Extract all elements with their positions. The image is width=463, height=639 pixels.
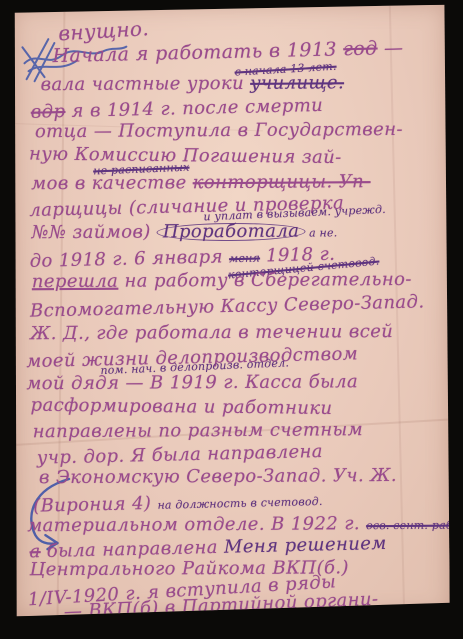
handwritten-text: материальном отделе. В 1922 г. bbox=[27, 513, 366, 536]
handwritten-text: №№ займов) bbox=[31, 221, 156, 243]
handwritten-text: вала частные уроки bbox=[41, 73, 251, 95]
handwritten-line: №№ займов) Проработала а не. bbox=[31, 220, 337, 243]
handwritten-text: мов в качестве bbox=[31, 172, 193, 194]
scanned-document-photo: внущно. Начала я работать в 1913 год — с… bbox=[0, 0, 463, 639]
struck-text: конторщицы. Уп- bbox=[193, 171, 371, 193]
handwritten-line: вала частные уроки училище. bbox=[41, 72, 345, 95]
handwritten-text: отца — Поступила в Государствен- bbox=[35, 119, 403, 142]
handwritten-text: расформирована и работники bbox=[30, 395, 332, 419]
handwritten-line: мой дядя — В 1919 г. Касса была bbox=[26, 371, 358, 394]
inserted-correction: осв. сент. раб. bbox=[366, 519, 456, 533]
handwritten-line: в Экономскую Северо-Запад. Уч. Ж. bbox=[39, 465, 397, 488]
struck-text: вдр bbox=[31, 101, 66, 123]
handwritten-line: перешла на работу в Сберегательно- bbox=[32, 269, 412, 292]
handwritten-line: вдр я в 1914 г. после смерти bbox=[31, 95, 324, 123]
handwritten-text: на работу в Сберегательно- bbox=[118, 269, 412, 292]
handwritten-text: до 1918 г. 6 января bbox=[29, 246, 229, 272]
handwritten-text: внущно. bbox=[58, 16, 150, 45]
handwritten-line: материальном отделе. В 1922 г. осв. сент… bbox=[27, 513, 456, 537]
handwritten-text: Вспомогательную Кассу Северо-Запад. bbox=[30, 291, 425, 321]
handwritten-text: мой дядя — В 1919 г. Касса была bbox=[26, 371, 358, 394]
handwritten-line: расформирована и работники bbox=[30, 395, 332, 419]
handwritten-text: направлены по разным счетным bbox=[33, 419, 363, 442]
manuscript-paper-sheet: внущно. Начала я работать в 1913 год — с… bbox=[12, 5, 450, 617]
inserted-correction: на должность в счетовод. bbox=[157, 495, 322, 512]
handwritten-line: Вспомогательную Кассу Северо-Запад. bbox=[30, 291, 425, 321]
handwritten-line: направлены по разным счетным bbox=[33, 419, 363, 442]
handwritten-line: внущно. bbox=[58, 16, 150, 45]
struck-text: училище. bbox=[250, 72, 344, 94]
handwritten-line: учр. дор. Я была направлена bbox=[37, 441, 323, 469]
handwritten-text: (Вирония 4) bbox=[33, 493, 158, 517]
handwritten-line: мов в качестве конторщицы. Уп- bbox=[31, 171, 370, 194]
struck-text: меня bbox=[229, 251, 260, 265]
inserted-correction: а не. bbox=[305, 226, 337, 239]
handwritten-text: — bbox=[377, 37, 403, 60]
underlined-text: перешла bbox=[32, 271, 119, 293]
handwritten-line: Ж. Д., где работала в течении всей bbox=[30, 321, 393, 344]
handwritten-text: учр. дор. Я была направлена bbox=[37, 441, 323, 469]
struck-text: год bbox=[343, 37, 378, 60]
handwritten-text: я в 1914 г. после смерти bbox=[65, 95, 323, 122]
inserted-correction: Меня решением bbox=[224, 533, 387, 558]
circled-correction: Проработала bbox=[157, 223, 306, 242]
handwritten-line: отца — Поступила в Государствен- bbox=[35, 119, 403, 142]
handwritten-text: в Экономскую Северо-Запад. Уч. Ж. bbox=[39, 465, 397, 488]
handwritten-text: Ж. Д., где работала в течении всей bbox=[30, 321, 393, 344]
